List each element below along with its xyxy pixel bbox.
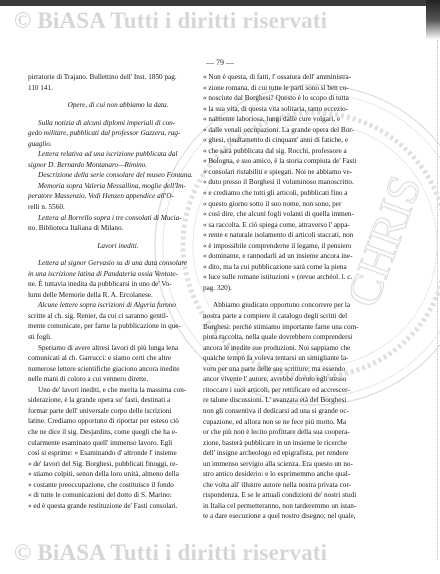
text-line: Abbiamo giudicato opportuno concorrere p… xyxy=(203,300,385,311)
left-column: pirratorie di Trajano. Bullettino dell' … xyxy=(28,72,208,511)
paragraph-gap xyxy=(203,293,385,300)
quoted-line: « Bologna, e suo amico, è la storia comp… xyxy=(203,156,385,167)
text-line: Sulla notizia di alcuni diplomi imperial… xyxy=(28,118,208,129)
quoted-line: « è impossibile comprenderne il legame, … xyxy=(203,241,385,252)
right-column: « Non è questa, di fatti, l' ossatura de… xyxy=(203,72,385,522)
text-line: non gli consentiva il dedicarsi ad una s… xyxy=(203,406,385,417)
text-line: lumi delle Memorie della R. A. Ercolanes… xyxy=(28,290,208,301)
text-line: che volta all' illustre autore nella nos… xyxy=(203,480,385,491)
text-line: ancor vivente l' autore, avrebbe dovuto … xyxy=(203,374,385,385)
quoted-line: « così dire, che alcuni fogli volanti di… xyxy=(203,209,385,220)
text-line: Lettera al signor Gervasio su di una dat… xyxy=(28,258,208,269)
quoted-line: « dito, ma la cui pubblicazione sarà com… xyxy=(203,262,385,273)
quoted-line: « ed è questa grande restituzione de' Fa… xyxy=(28,501,208,512)
text-line: 110 141. xyxy=(28,83,208,94)
text-line: signor D. Bernardo Montanaro—Rimino. xyxy=(28,160,208,171)
text-line: cularmente esaminato quell' immenso lavo… xyxy=(28,438,208,449)
text-line: Alcune lettere sopra iscrizioni di Alger… xyxy=(28,300,208,311)
text-line: no. Biblioteca Italiana di Milano. xyxy=(28,223,208,234)
text-line: ritoccare i suoi articoli, per rettifica… xyxy=(203,385,385,396)
quoted-line: « e crediamo che tutti gli articoli, pub… xyxy=(203,188,385,199)
text-line: piuta raccolta, nella quale dovrebbero c… xyxy=(203,332,385,343)
text-line: in una iscrizione latina di Pandateria o… xyxy=(28,269,208,280)
quoted-line: « de' lavori del Sig. Borghesi, pubblica… xyxy=(28,459,208,470)
text-line: Descrizione della serie consolare del mu… xyxy=(28,170,208,181)
quoted-line: « di tutte le comunicazioni del dotto di… xyxy=(28,490,208,501)
text-line: che ne dice il sig. Desjardins, come que… xyxy=(28,427,208,438)
text-line: re talune discussioni. L' avanzata età d… xyxy=(203,395,385,406)
text-line: latine. Crediamo opportuno di riportar p… xyxy=(28,416,208,427)
text-line: un immenso servigio alla scienza. Era qu… xyxy=(203,459,385,470)
text-line: scritte al ch. sig. Renier, da cui ci sa… xyxy=(28,311,208,322)
scan-corner-shadow xyxy=(426,0,440,40)
text-line: rispondenza. E se le attuali condizioni … xyxy=(203,490,385,501)
quoted-line: « costante preoccupazione, che costituis… xyxy=(28,480,208,491)
paragraph-gap xyxy=(28,93,208,100)
text-line: numerose lettere scientifiche giaciono a… xyxy=(28,364,208,375)
paragraph-gap xyxy=(28,251,208,258)
text-line: siderazione, è la grande opera su' fasti… xyxy=(28,395,208,406)
scan-top-border xyxy=(0,0,440,6)
quoted-line: « Non è questa, di fatti, l' ossatura de… xyxy=(203,72,385,83)
text-line: stro antico desiderio: e lo esprimemmo a… xyxy=(203,469,385,480)
text-line: pag. 320). xyxy=(203,283,385,294)
text-line: pirratorie di Trajano. Bullettino dell' … xyxy=(28,72,208,83)
text-line: formar parte dell' universale corpo dell… xyxy=(28,406,208,417)
section-heading: Lavori inediti. xyxy=(28,241,208,252)
quoted-line: « questo giorno sotto il suo nome, non s… xyxy=(203,199,385,210)
quoted-line: « stiamo colpiti, senon della loro unità… xyxy=(28,469,208,480)
text-line: relli n. 5560. xyxy=(28,202,208,213)
text-line: ancora le inedite sue produzioni. Noi sa… xyxy=(203,343,385,354)
quoted-line: « duto presso il Borghesi il voluminoso … xyxy=(203,177,385,188)
copyright-watermark-top: © BiASA Tutti i diritti riservati xyxy=(14,8,327,34)
text-line: voro per una parte delle sue scritture; … xyxy=(203,364,385,375)
paragraph-gap xyxy=(28,111,208,118)
quoted-line: « sa raccolta. E ciò spiega come, attrav… xyxy=(203,220,385,231)
quoted-line: « nosciute dal Borghesi? Questo è lo sco… xyxy=(203,93,385,104)
quoted-line: « luce sulle romane istituzioni » (revue… xyxy=(203,272,385,283)
text-line: Borghesi: perchè stimiamo importante far… xyxy=(203,322,385,333)
quoted-line: « nalmente laboriosa, lungi dalle cure v… xyxy=(203,114,385,125)
quoted-line: « zione romana, di cui tutte le parti so… xyxy=(203,83,385,94)
paragraph-gap xyxy=(28,234,208,241)
quoted-line: « che sarà pubblicata dal sig. Rocchi, p… xyxy=(203,146,385,157)
text-line: cupazione, ed allora non se ne fece più … xyxy=(203,417,385,428)
quoted-line: « dominante, e rannodarli ad un insieme … xyxy=(203,251,385,262)
text-line: ne. È tuttavia inedita da pubblicarsi in… xyxy=(28,279,208,290)
text-line: nostra parte a compiere il catalogo degl… xyxy=(203,311,385,322)
text-line: comunicati al ch. Garrucci: e siamo cert… xyxy=(28,353,208,364)
text-line: Lettera relativa ad una iscrizione pubbl… xyxy=(28,149,208,160)
page-number: — 79 — xyxy=(0,58,440,67)
text-line: te a dare esecuzione a quel nostro diseg… xyxy=(203,511,385,522)
quoted-line: « la sua vita, di questa vita solitaria,… xyxy=(203,104,385,115)
text-line: zione, basterà pubblicare in un insieme … xyxy=(203,438,385,449)
quoted-line: « ghesi, risultamento di cinquant' anni … xyxy=(203,135,385,146)
text-line: Lettera al Borrello sopra i tre consolat… xyxy=(28,213,208,224)
quoted-line: « rente e naturale isolamento di articol… xyxy=(203,230,385,241)
text-line: nelle mani di coloro a cui vennero diret… xyxy=(28,374,208,385)
text-line: così si esprime: « Esaminando d' altrond… xyxy=(28,448,208,459)
text-line: in Italia cel permetteranno, non tardere… xyxy=(203,501,385,512)
text-line: sti fogli. xyxy=(28,332,208,343)
copyright-watermark-bottom: © BiASA Tutti i diritti riservati xyxy=(14,540,327,566)
scan-right-edge xyxy=(435,40,438,560)
quoted-line: « dalle venali occupazioni. La grande op… xyxy=(203,125,385,136)
text-line: Uno de' lavori inediti, e che merita la … xyxy=(28,385,208,396)
text-line: peratore Massenzio. Vedi Henzen appendic… xyxy=(28,191,208,202)
text-line: mente comunicate, per farne la pubblicaz… xyxy=(28,321,208,332)
text-line: guaglio. xyxy=(28,139,208,150)
text-line: gedo militare, pubblicati dal professor … xyxy=(28,128,208,139)
text-line: Memoria sopra Valeria Messallina, moglie… xyxy=(28,181,208,192)
text-line: qualche tempo fa voleva tentarsi un simi… xyxy=(203,353,385,364)
text-line: dell' insigne archeologo ed epigrafista,… xyxy=(203,448,385,459)
text-line: Speriamo di avere altresì lavori di più … xyxy=(28,343,208,354)
section-heading: Opere, di cui non abbiamo la data. xyxy=(28,100,208,111)
text-line: or che più non è lecito profittare della… xyxy=(203,427,385,438)
quoted-line: « consolari ristabiliti e spiegati. Noi … xyxy=(203,167,385,178)
